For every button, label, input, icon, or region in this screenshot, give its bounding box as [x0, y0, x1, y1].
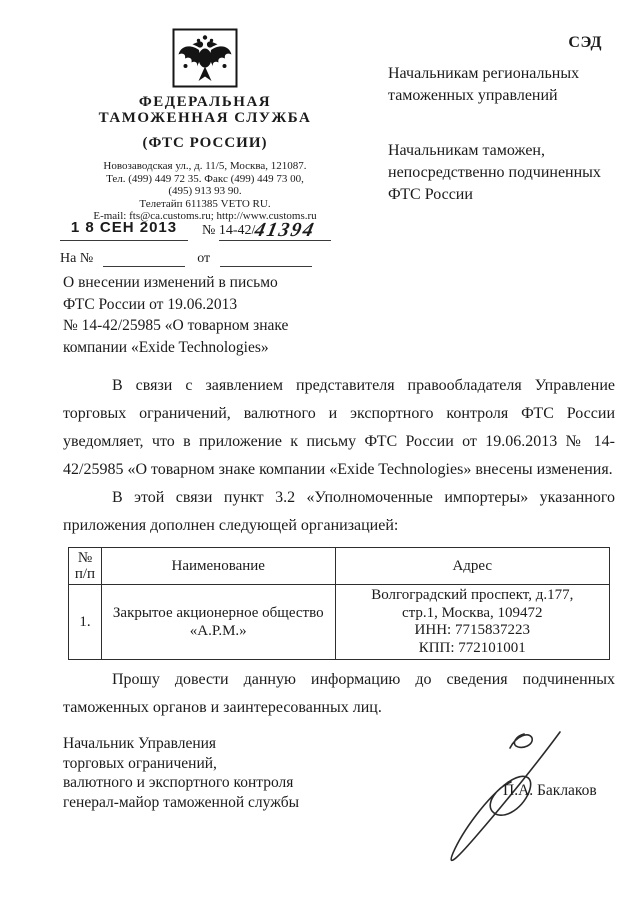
cell-num: 1. [69, 585, 102, 660]
coat-of-arms-icon [55, 28, 355, 90]
ref-label: На № [60, 251, 93, 267]
date-stamp: 1 8 СЕН 2013 [60, 219, 188, 241]
cell-address: Волгоградский проспект, д.177, стр.1, Мо… [335, 585, 609, 660]
addressee-regional: Начальникам региональных таможенных упра… [388, 63, 628, 107]
subject: О внесении изменений в письмо ФТС России… [63, 272, 373, 358]
header-name: Наименование [101, 548, 335, 585]
addressee-line: таможенных управлений [388, 85, 628, 107]
signer-position-line: Начальник Управления [63, 734, 363, 754]
body-text: В связи с заявлением представителя право… [63, 372, 615, 540]
letterhead: ФЕДЕРАЛЬНАЯ ТАМОЖЕННАЯ СЛУЖБА (ФТС РОССИ… [55, 28, 355, 223]
org-address: Новозаводская ул., д. 11/5, Москва, 1210… [55, 160, 355, 223]
table-row: 1. Закрытое акционерное общество «А.Р.М.… [69, 585, 610, 660]
subject-line: компании «Exide Technologies» [63, 337, 373, 359]
reference-row: На № от [60, 251, 375, 267]
date-number-row: 1 8 СЕН 2013 № 14-42/41394 [60, 219, 375, 241]
header-num: № п/п [69, 548, 102, 585]
header-address: Адрес [335, 548, 609, 585]
subject-line: № 14-42/25985 «О товарном знаке [63, 315, 373, 337]
org-address-line: Телетайп 611385 VETO RU. [55, 198, 355, 211]
org-name-line2: ТАМОЖЕННАЯ СЛУЖБА [55, 110, 355, 126]
addressee-line: Начальникам региональных [388, 63, 628, 85]
org-address-line: Тел. (499) 449 72 35. Факс (499) 449 73 … [55, 173, 355, 186]
number-typed: 14-42/ [219, 223, 256, 238]
signer-position-line: валютного и экспортного контроля [63, 773, 363, 793]
signer-position-line: генерал-майор таможенной службы [63, 793, 363, 813]
recipients: СЭД Начальникам региональных таможенных … [388, 32, 628, 206]
addressee-line: непосредственно подчиненных [388, 162, 628, 184]
number-value: 14-42/41394 [219, 221, 331, 241]
ref-number-blank [103, 252, 185, 267]
body-paragraph-3: Прошу довести данную информацию до сведе… [63, 666, 615, 722]
number-label: № [202, 223, 215, 238]
signer-position-line: торговых ограничений, [63, 754, 363, 774]
addressee-line: Начальникам таможен, [388, 140, 628, 162]
org-address-line: (495) 913 93 90. [55, 185, 355, 198]
body-paragraph-2: В этой связи пункт 3.2 «Уполномоченные и… [63, 484, 615, 540]
org-name-line1: ФЕДЕРАЛЬНАЯ [55, 94, 355, 110]
addressee-customs: Начальникам таможен, непосредственно под… [388, 140, 628, 206]
table-header-row: № п/п Наименование Адрес [69, 548, 610, 585]
sed-label: СЭД [388, 32, 628, 54]
signer-name: П.А. Баклаков [503, 782, 597, 800]
cell-name: Закрытое акционерное общество «А.Р.М.» [101, 585, 335, 660]
authorized-importers-table: № п/п Наименование Адрес 1. Закрытое акц… [68, 547, 610, 660]
body-text-closing: Прошу довести данную информацию до сведе… [63, 666, 615, 722]
org-short-name: (ФТС РОССИИ) [55, 135, 355, 152]
scanned-letter-page: ФЕДЕРАЛЬНАЯ ТАМОЖЕННАЯ СЛУЖБА (ФТС РОССИ… [0, 0, 640, 905]
addressee-line: ФТС России [388, 184, 628, 206]
number-handwritten: 41394 [254, 223, 317, 237]
org-name: ФЕДЕРАЛЬНАЯ ТАМОЖЕННАЯ СЛУЖБА [55, 94, 355, 126]
subject-line: О внесении изменений в письмо [63, 272, 373, 294]
ref-from-label: от [197, 251, 210, 267]
subject-line: ФТС России от 19.06.2013 [63, 294, 373, 316]
ref-date-blank [220, 252, 312, 267]
signer-position: Начальник Управления торговых ограничени… [63, 734, 363, 812]
body-paragraph-1: В связи с заявлением представителя право… [63, 372, 615, 484]
document-meta: 1 8 СЕН 2013 № 14-42/41394 На № от [60, 219, 375, 267]
org-address-line: Новозаводская ул., д. 11/5, Москва, 1210… [55, 160, 355, 173]
outgoing-number: № 14-42/41394 [202, 221, 331, 241]
date-stamp-text: 1 8 СЕН 2013 [71, 219, 177, 236]
